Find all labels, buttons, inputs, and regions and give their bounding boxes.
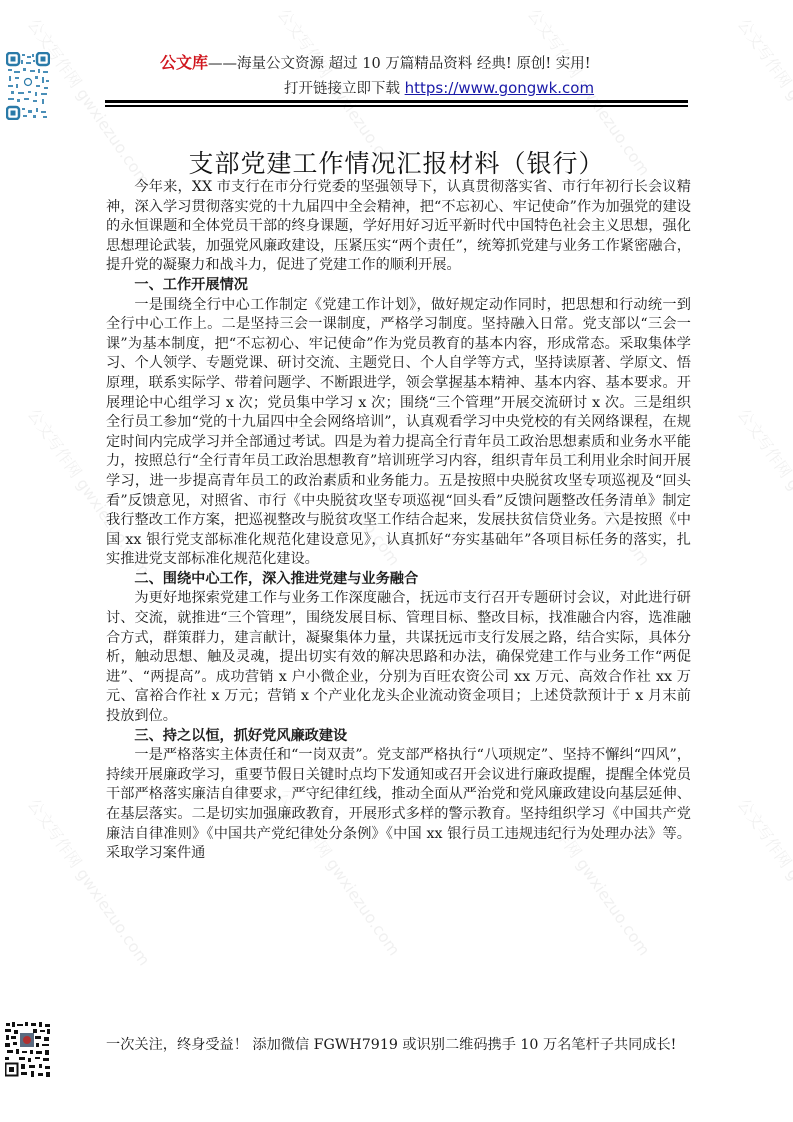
document-title: 支部党建工作情况汇报材料（银行） bbox=[0, 144, 793, 180]
header-divider-thick bbox=[105, 100, 688, 103]
section-heading: 三、持之以恒，抓好党风廉政建设 bbox=[106, 727, 691, 747]
section-paragraph: 一是围绕全行中心工作制定《党建工作计划》，做好规定动作同时，把思想和行动统一到全… bbox=[106, 296, 691, 570]
section-paragraph: 一是严格落实主体责任和“一岗双责”。党支部严格执行“八项规定”、坚持不懈纠“四风… bbox=[106, 746, 691, 864]
footer-promo-text: 一次关注，终身受益！ 添加微信 FGWH7919 或识别二维码携手 10 万名笔… bbox=[106, 1034, 696, 1056]
section-heading: 一、工作开展情况 bbox=[106, 276, 691, 296]
document-body: 今年来，XX 市支行在市分行党委的坚强领导下，认真贯彻落实省、市行年初行长会议精… bbox=[106, 178, 691, 864]
header-tagline: ——海量公文资源 超过 10 万篇精品资料 经典! 原创! 实用! bbox=[208, 56, 591, 72]
brand-name: 公文库 bbox=[160, 53, 208, 72]
section-heading: 二、围绕中心工作，深入推进党建与业务融合 bbox=[106, 570, 691, 590]
intro-paragraph: 今年来，XX 市支行在市分行党委的坚强领导下，认真贯彻落实省、市行年初行长会议精… bbox=[106, 178, 691, 276]
watermark-text: 公文写作网 gwxiezuo.com bbox=[733, 793, 793, 970]
download-prefix: 打开链接立即下载 bbox=[284, 81, 405, 97]
section-paragraph: 为更好地探索党建工作与业务工作深度融合，抚远市支行召开专题研讨会议，对此进行研讨… bbox=[106, 589, 691, 726]
website-link[interactable]: https://www.gongwk.com bbox=[405, 79, 594, 97]
wechat-qr-code-icon[interactable] bbox=[5, 1022, 51, 1078]
header-banner: 公文库——海量公文资源 超过 10 万篇精品资料 经典! 原创! 实用! bbox=[160, 50, 591, 73]
download-line: 打开链接立即下载 https://www.gongwk.com bbox=[284, 77, 594, 98]
qr-code-icon[interactable] bbox=[6, 52, 50, 120]
watermark-text: 公文写作网 gwxiezuo.com bbox=[733, 403, 793, 580]
header-divider-thin bbox=[105, 105, 688, 107]
